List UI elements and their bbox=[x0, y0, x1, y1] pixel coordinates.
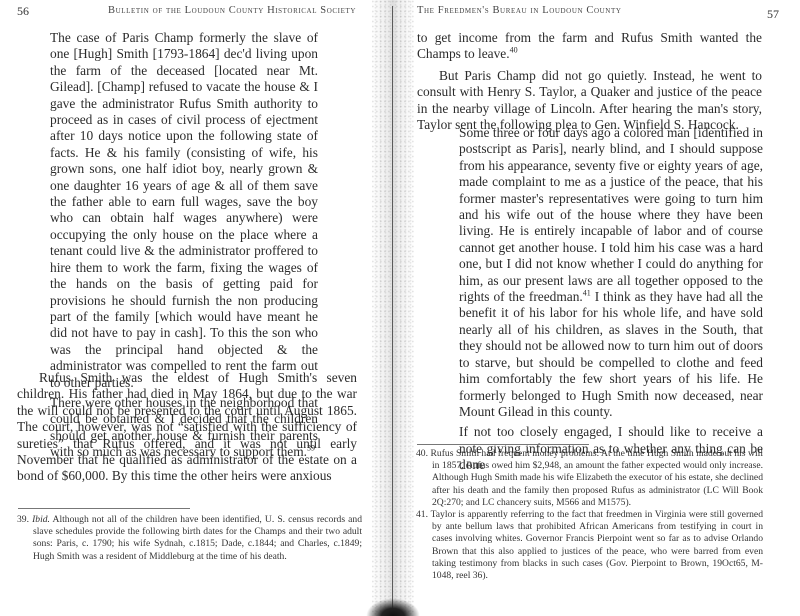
quote-text: I think as they have had all the benefit… bbox=[459, 289, 763, 419]
quote-paragraph: The case of Paris Champ formerly the sla… bbox=[50, 30, 318, 391]
footnote-40: 40. Rufus Smith had frequent money probl… bbox=[416, 448, 763, 509]
quote-paragraph: Some three or four days ago a colored ma… bbox=[459, 125, 763, 420]
footnote-ref: 41 bbox=[583, 289, 591, 298]
footnote-rule bbox=[417, 444, 589, 445]
block-quote: Some three or four days ago a colored ma… bbox=[459, 125, 763, 474]
body-text-run: to get income from the farm and Rufus Sm… bbox=[417, 30, 762, 61]
body-paragraph: to get income from the farm and Rufus Sm… bbox=[417, 30, 762, 63]
body-text: to get income from the farm and Rufus Sm… bbox=[417, 30, 762, 133]
left-page: 56 Bulletin of the Loudoun County Histor… bbox=[0, 0, 392, 616]
footnote-number: 40. bbox=[416, 448, 428, 459]
footnote-italic: Ibid. bbox=[32, 514, 50, 525]
body-paragraph: Rufus Smith was the eldest of Hugh Smith… bbox=[17, 370, 357, 485]
body-paragraph: But Paris Champ did not go quietly. Inst… bbox=[417, 68, 762, 134]
quote-text: Some three or four days ago a colored ma… bbox=[459, 125, 763, 304]
footnotes: 39. Ibid. Although not all of the childr… bbox=[17, 514, 362, 563]
footnote-text: Taylor is apparently referring to the fa… bbox=[431, 509, 763, 581]
footnote-rule bbox=[18, 508, 190, 509]
footnote-number: 41. bbox=[416, 509, 428, 520]
running-head: The Freedmen's Bureau in Loudoun County bbox=[417, 5, 621, 16]
footnotes: 40. Rufus Smith had frequent money probl… bbox=[416, 448, 763, 582]
running-head: Bulletin of the Loudoun County Historica… bbox=[108, 5, 356, 16]
page-number: 56 bbox=[17, 4, 29, 19]
footnote-text: Although not all of the children have be… bbox=[33, 514, 362, 562]
footnote-39: 39. Ibid. Although not all of the childr… bbox=[17, 514, 362, 563]
footnote-number: 39. bbox=[17, 514, 29, 525]
body-text: Rufus Smith was the eldest of Hugh Smith… bbox=[17, 370, 357, 485]
footnote-text: Rufus Smith had frequent money problems.… bbox=[431, 448, 763, 508]
right-page: The Freedmen's Bureau in Loudoun County … bbox=[393, 0, 800, 616]
footnote-ref: 40 bbox=[510, 46, 518, 55]
page-number: 57 bbox=[767, 7, 779, 22]
footnote-41: 41. Taylor is apparently referring to th… bbox=[416, 509, 763, 582]
